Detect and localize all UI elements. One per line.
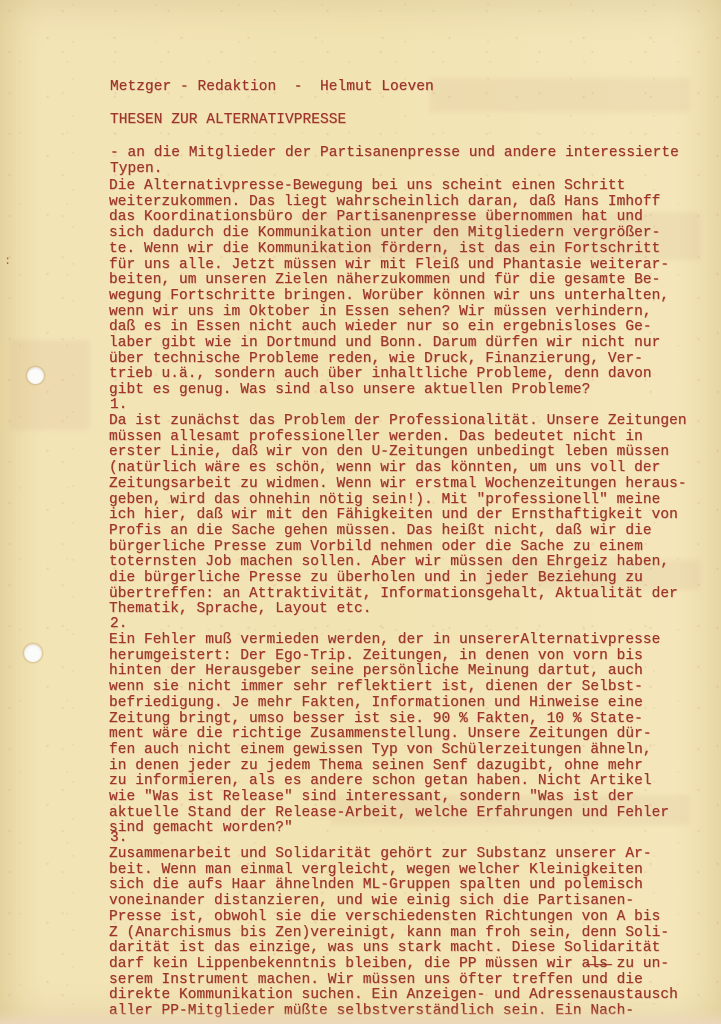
show-through-smudge [10, 340, 90, 430]
intro-paragraph: Die Alternativpresse-Bewegung bei uns sc… [109, 179, 669, 399]
salutation: - an die Mitglieder der Partisanenpresse… [110, 146, 679, 177]
section-3-number: 3. [110, 831, 128, 847]
margin-mark: : [4, 255, 12, 267]
punch-hole-top [27, 367, 44, 384]
show-through-smudge [430, 78, 690, 112]
section-2-number: 2. [110, 617, 128, 633]
scanned-typewritten-page: : Metzger - Redaktion - Helmut Loeven TH… [0, 0, 721, 1024]
byline: Metzger - Redaktion - Helmut Loeven [110, 80, 434, 96]
section-3-body: Zusammenarbeit und Solidarität gehört zu… [109, 847, 678, 1020]
document-title: THESEN ZUR ALTERNATIVPRESSE [110, 113, 346, 129]
punch-hole-bottom [24, 644, 42, 662]
section-2-body: Ein Fehler muß vermieden werden, der in … [109, 633, 669, 837]
section-1-body: Da ist zunächst das Problem der Professi… [109, 414, 687, 618]
page-bottom-edge [0, 1010, 721, 1024]
section-1-number: 1. [110, 398, 128, 414]
